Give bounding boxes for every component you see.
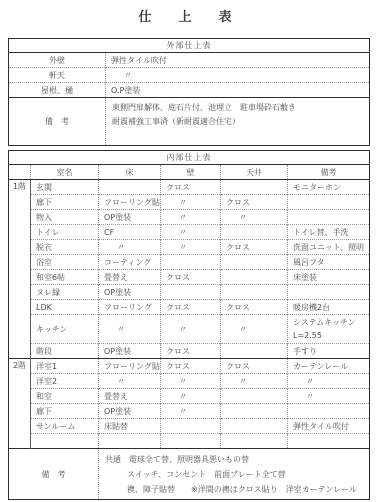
ceiling-finish-cell: クロス <box>221 359 288 374</box>
remarks-cell: 洗面ユニット、照明 <box>288 240 370 255</box>
remark-line: 襖、障子貼替 ※洋間の襖はクロス貼り 洋室カーテンレール <box>105 482 367 497</box>
floor-label: 1階 <box>9 180 31 359</box>
wall-finish-cell: 〃 <box>161 225 221 240</box>
exterior-finish-table: 外部仕上表 外壁 弾性タイル吹付 軒天 〃 屋根、樋 O.P塗装 備 考 東側門… <box>8 38 370 146</box>
table-row: 和室畳替え〃〃 <box>9 389 370 404</box>
interior-table-body: 内部仕上表 室名 床 壁 天井 備考 1階玄関クロスモニターホン廊下フローリング… <box>9 151 370 500</box>
wall-finish-cell: 〃 <box>161 315 221 344</box>
room-name-cell: 脱衣 <box>31 240 99 255</box>
remarks-cell: 暖房機2台 <box>288 300 370 315</box>
room-name-cell: 和室 <box>31 389 99 404</box>
wall-finish-cell: クロス <box>161 359 221 374</box>
remarks-cell: トイレ替、手洗 <box>288 225 370 240</box>
remarks-cell: 弾性タイル吹付 <box>288 419 370 434</box>
room-name-cell: 洋室1 <box>31 359 99 374</box>
exterior-item-label: 屋根、樋 <box>9 83 106 98</box>
wall-finish-cell <box>161 255 221 270</box>
table-row: LDKフローリングクロスクロス暖房機2台 <box>9 300 370 315</box>
ceiling-finish-cell <box>221 434 288 449</box>
room-name-cell: 廊下 <box>31 404 99 419</box>
floor-finish-cell: 〃 <box>99 315 161 344</box>
room-name-cell: サンルーム <box>31 419 99 434</box>
ceiling-finish-cell: 〃 <box>221 210 288 225</box>
table-row: キッチン〃〃〃システムキッチン L=2.55 <box>9 315 370 344</box>
interior-finish-table: 内部仕上表 室名 床 壁 天井 備考 1階玄関クロスモニターホン廊下フローリング… <box>8 150 370 500</box>
ceiling-finish-cell <box>221 255 288 270</box>
floor-label: 2階 <box>9 359 31 449</box>
table-row: 物入OP塗装〃〃 <box>9 210 370 225</box>
table-row: 階段OP塗装クロス手すり <box>9 344 370 359</box>
remark-line: 東側門扉解体、庭石片付、池埋立 駐車場砕石敷き <box>112 101 367 115</box>
room-name-cell: LDK <box>31 300 99 315</box>
column-header-floor-finish: 床 <box>99 165 161 180</box>
wall-finish-cell <box>161 419 221 434</box>
floor-finish-cell: OP塗装 <box>99 210 161 225</box>
table-row: 軒天 〃 <box>9 68 370 83</box>
ceiling-finish-cell <box>221 419 288 434</box>
table-row: サンルーム床貼替弾性タイル吹付 <box>9 419 370 434</box>
floor-finish-cell <box>99 180 161 195</box>
remarks-label: 備 考 <box>9 449 99 500</box>
room-name-cell: ヌレ縁 <box>31 285 99 300</box>
interior-remarks-body: 共通 電球全て替、照明器具悪いもの替 スイッチ、コンセント 前面プレート全て替 … <box>99 449 370 500</box>
remarks-cell <box>288 285 370 300</box>
floor-finish-cell: 畳替え <box>99 270 161 285</box>
table-row: 廊下フローリング貼〃クロス <box>9 195 370 210</box>
column-header-wall: 壁 <box>161 165 221 180</box>
floor-finish-cell <box>99 434 161 449</box>
remarks-cell: モニターホン <box>288 180 370 195</box>
room-name-cell: 玄関 <box>31 180 99 195</box>
floor-finish-cell: コーティング <box>99 255 161 270</box>
interior-table-title: 内部仕上表 <box>9 151 370 165</box>
document-page: 仕 上 表 外部仕上表 外壁 弾性タイル吹付 軒天 〃 屋根、樋 O.P塗装 備… <box>0 0 377 502</box>
table-row: トイレCF〃トイレ替、手洗 <box>9 225 370 240</box>
exterior-remarks-body: 東側門扉解体、庭石片付、池埋立 駐車場砕石敷き 耐震補強工事済（新耐震適合住宅） <box>106 98 370 146</box>
document-title: 仕 上 表 <box>0 6 377 25</box>
remarks-cell: 〃 <box>288 389 370 404</box>
room-name-cell: トイレ <box>31 225 99 240</box>
table-row: 屋根、樋 O.P塗装 <box>9 83 370 98</box>
wall-finish-cell: クロス <box>161 180 221 195</box>
table-row: 脱衣〃〃クロス洗面ユニット、照明 <box>9 240 370 255</box>
exterior-item-value: 弾性タイル吹付 <box>106 53 370 68</box>
remark-line: スイッチ、コンセント 前面プレート全て替 <box>105 467 367 482</box>
interior-remarks-row: 備 考 共通 電球全て替、照明器具悪いもの替 スイッチ、コンセント 前面プレート… <box>9 449 370 500</box>
ceiling-finish-cell <box>221 404 288 419</box>
wall-finish-cell: 〃 <box>161 195 221 210</box>
exterior-item-value: O.P塗装 <box>106 83 370 98</box>
wall-finish-cell: 〃 <box>161 240 221 255</box>
remark-line: 耐震補強工事済（新耐震適合住宅） <box>112 115 367 129</box>
column-header-ceiling: 天井 <box>221 165 288 180</box>
exterior-item-label: 軒天 <box>9 68 106 83</box>
table-row <box>9 434 370 449</box>
table-row: ヌレ縁OP塗装 <box>9 285 370 300</box>
room-name-cell: 和室6帖 <box>31 270 99 285</box>
ceiling-finish-cell: クロス <box>221 240 288 255</box>
remarks-cell: 手すり <box>288 344 370 359</box>
wall-finish-cell <box>161 434 221 449</box>
ceiling-finish-cell: 〃 <box>221 315 288 344</box>
wall-finish-cell: クロス <box>161 270 221 285</box>
floor-finish-cell: OP塗装 <box>99 285 161 300</box>
floor-finish-cell: フローリング貼 <box>99 359 161 374</box>
column-header-remarks: 備考 <box>288 165 370 180</box>
wall-finish-cell: 〃 <box>161 404 221 419</box>
ceiling-finish-cell <box>221 180 288 195</box>
table-row: 洋室2〃〃〃〃 <box>9 374 370 389</box>
remarks-cell: カーテンレール <box>288 359 370 374</box>
room-name-cell: 階段 <box>31 344 99 359</box>
room-name-cell <box>31 434 99 449</box>
table-row: 2階洋室1フローリング貼クロスクロスカーテンレール <box>9 359 370 374</box>
exterior-table-title-row: 外部仕上表 <box>9 39 370 53</box>
ceiling-finish-cell: 〃 <box>221 374 288 389</box>
room-name-cell: キッチン <box>31 315 99 344</box>
remarks-cell: 床塗装 <box>288 270 370 285</box>
floor-finish-cell: 〃 <box>99 374 161 389</box>
floor-finish-cell: CF <box>99 225 161 240</box>
remarks-cell: 〃 <box>288 374 370 389</box>
remarks-cell <box>288 195 370 210</box>
floor-finish-cell: フローリング貼 <box>99 195 161 210</box>
room-name-cell: 物入 <box>31 210 99 225</box>
wall-finish-cell <box>161 285 221 300</box>
floor-finish-cell: フローリング <box>99 300 161 315</box>
ceiling-finish-cell <box>221 285 288 300</box>
ceiling-finish-cell: クロス <box>221 195 288 210</box>
ceiling-finish-cell <box>221 270 288 285</box>
room-name-cell: 洋室2 <box>31 374 99 389</box>
wall-finish-cell: 〃 <box>161 374 221 389</box>
table-row: 和室6帖畳替えクロス床塗装 <box>9 270 370 285</box>
table-row: 外壁 弾性タイル吹付 <box>9 53 370 68</box>
room-name-cell: 浴室 <box>31 255 99 270</box>
interior-column-header-row: 室名 床 壁 天井 備考 <box>9 165 370 180</box>
remarks-cell <box>288 434 370 449</box>
remarks-cell <box>288 404 370 419</box>
ceiling-finish-cell: クロス <box>221 300 288 315</box>
table-row: 廊下OP塗装〃 <box>9 404 370 419</box>
room-name-cell: 廊下 <box>31 195 99 210</box>
exterior-item-value: 〃 <box>106 68 370 83</box>
remark-line: 共通 電球全て替、照明器具悪いもの替 <box>105 452 367 467</box>
remarks-label: 備 考 <box>9 98 106 146</box>
wall-finish-cell: クロス <box>161 344 221 359</box>
exterior-item-label: 外壁 <box>9 53 106 68</box>
floor-finish-cell: OP塗装 <box>99 344 161 359</box>
wall-finish-cell: 〃 <box>161 210 221 225</box>
remarks-cell: システムキッチン L=2.55 <box>288 315 370 344</box>
wall-finish-cell: 〃 <box>161 389 221 404</box>
interior-table-title-row: 内部仕上表 <box>9 151 370 165</box>
ceiling-finish-cell <box>221 344 288 359</box>
table-row: 1階玄関クロスモニターホン <box>9 180 370 195</box>
column-header-room: 室名 <box>31 165 99 180</box>
remarks-cell: 風呂フタ <box>288 255 370 270</box>
floor-finish-cell: OP塗装 <box>99 404 161 419</box>
remarks-cell <box>288 210 370 225</box>
exterior-table-title: 外部仕上表 <box>9 39 370 53</box>
wall-finish-cell: クロス <box>161 300 221 315</box>
floor-finish-cell: 〃 <box>99 240 161 255</box>
floor-finish-cell: 畳替え <box>99 389 161 404</box>
ceiling-finish-cell <box>221 389 288 404</box>
floor-finish-cell: 床貼替 <box>99 419 161 434</box>
ceiling-finish-cell <box>221 225 288 240</box>
exterior-remarks-row: 備 考 東側門扉解体、庭石片付、池埋立 駐車場砕石敷き 耐震補強工事済（新耐震適… <box>9 98 370 146</box>
floor-column-header <box>9 165 31 180</box>
table-row: 浴室コーティング風呂フタ <box>9 255 370 270</box>
